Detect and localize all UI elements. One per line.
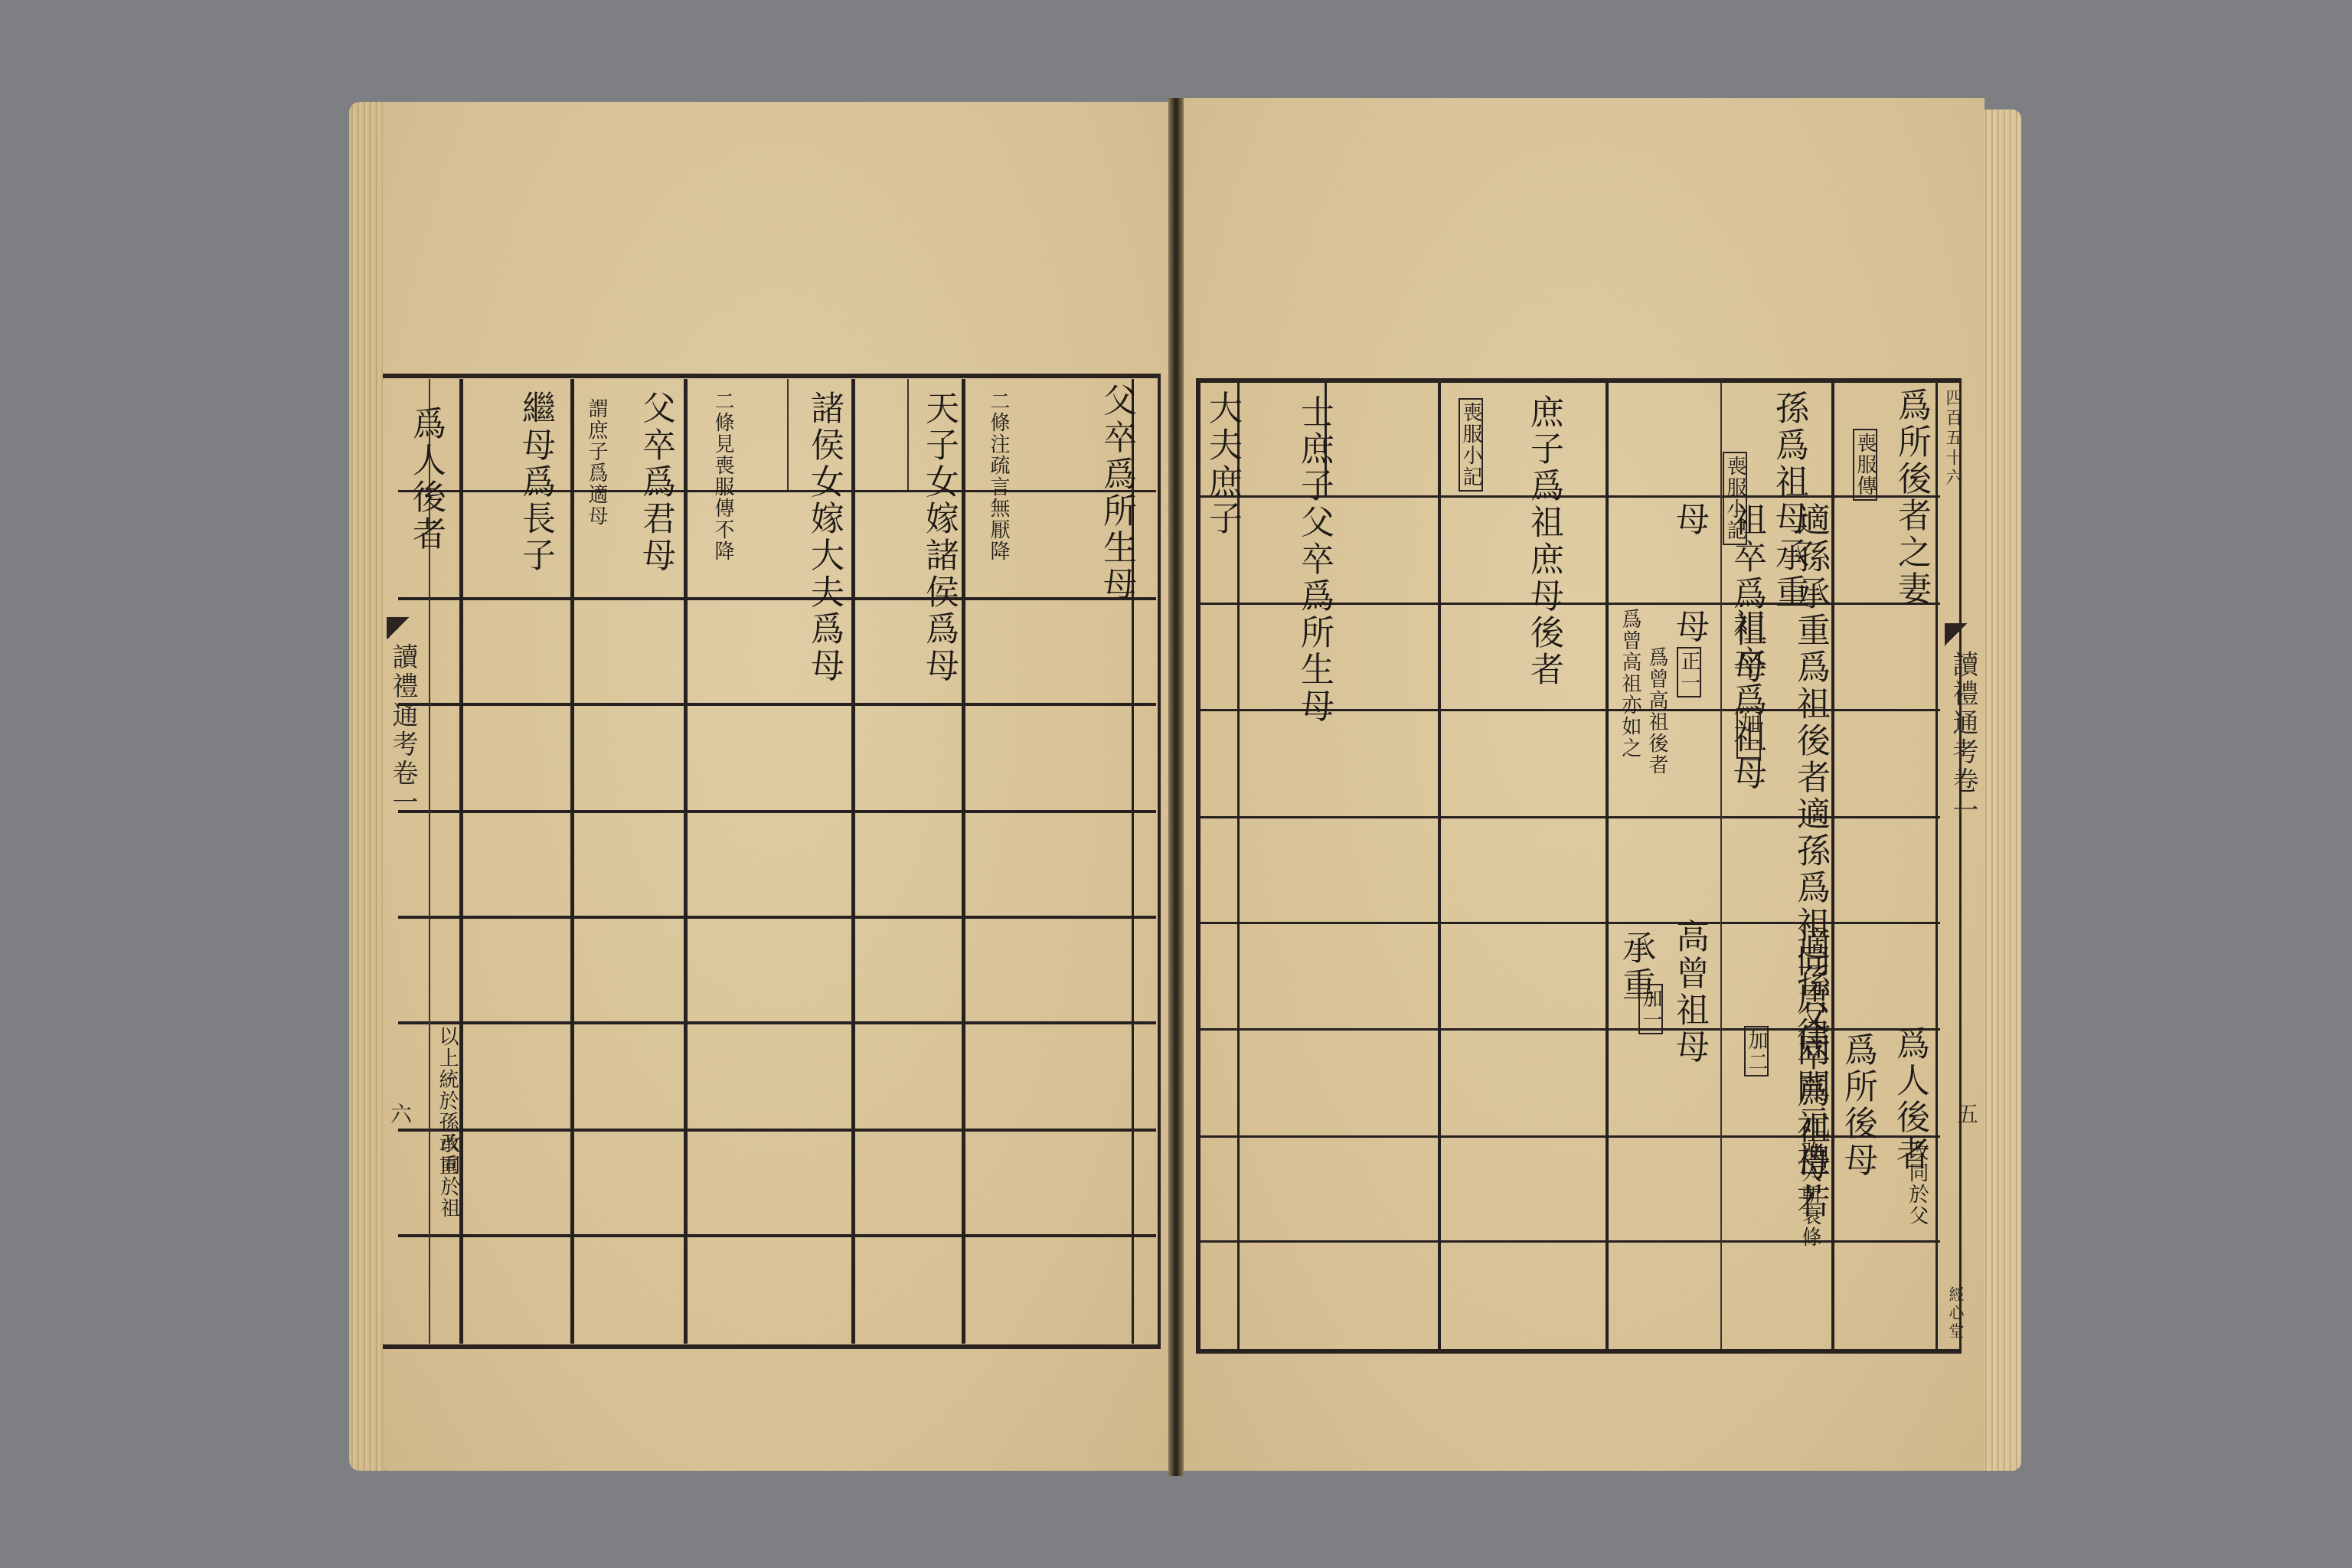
row-divider bbox=[398, 490, 1156, 492]
page-number: 六 bbox=[384, 1102, 415, 1127]
center-column-title: 讀禮通考卷一 bbox=[384, 643, 422, 818]
column-divider bbox=[684, 379, 688, 1344]
column-divider bbox=[1606, 383, 1609, 1349]
row-divider bbox=[398, 597, 1156, 600]
column-divider bbox=[570, 379, 574, 1344]
row-divider bbox=[398, 1021, 1156, 1024]
row-divider bbox=[398, 916, 1156, 919]
fish-tail-mark-icon bbox=[1945, 623, 1968, 646]
row-divider bbox=[1200, 1240, 1940, 1243]
header-cell: 大夫庶子 bbox=[1202, 390, 1242, 537]
header-note: 二條見喪服傳不降 bbox=[712, 390, 733, 562]
annotation: 改同於祖 bbox=[438, 1133, 459, 1219]
publisher-mark: 經心堂 bbox=[1945, 1286, 1967, 1341]
left-table-frame bbox=[383, 374, 1161, 1349]
column-divider-thin bbox=[787, 379, 789, 490]
header-cell: 父卒爲所生母 bbox=[1096, 383, 1136, 603]
row-divider bbox=[398, 703, 1156, 706]
header-note: 二條注疏言無厭降 bbox=[988, 390, 1009, 562]
fish-tail-mark-icon bbox=[387, 617, 410, 640]
header-cell: 天子女嫁諸侯爲母 bbox=[919, 390, 959, 684]
page-number-top: 四百五十六 bbox=[1941, 389, 1965, 488]
center-column-title: 讀禮通考卷一 bbox=[1945, 651, 1982, 825]
cell-text: 母 bbox=[1669, 501, 1709, 538]
header-cell: 爲人後者 bbox=[406, 406, 446, 553]
column-divider bbox=[851, 379, 855, 1344]
badge-principal-one: 正一 bbox=[1677, 647, 1701, 697]
header-note-boxed: 喪服小記 bbox=[1459, 398, 1483, 492]
badge-add-two: 加二 bbox=[1744, 1026, 1769, 1076]
row-divider bbox=[398, 1129, 1156, 1132]
column-divider bbox=[962, 379, 965, 1344]
page-number: 五 bbox=[1951, 1102, 1981, 1127]
cell-note: 改同於父 bbox=[1906, 1141, 1928, 1227]
cell-note: 爲曾高祖亦如之 bbox=[1619, 609, 1641, 759]
header-cell: 父卒爲君母 bbox=[635, 390, 675, 574]
column-divider bbox=[1438, 383, 1441, 1349]
header-cell: 庶子爲祖庶母後者 bbox=[1524, 394, 1563, 688]
column-divider-thin bbox=[907, 379, 909, 490]
header-note-boxed: 喪服傳 bbox=[1853, 429, 1877, 501]
row-divider bbox=[398, 810, 1156, 813]
column-divider bbox=[1831, 383, 1834, 1349]
column-divider-thin bbox=[1720, 383, 1722, 1349]
book-gutter bbox=[1168, 98, 1184, 1476]
page-block-edge-left bbox=[349, 102, 384, 1471]
cell-text: 母 bbox=[1669, 609, 1709, 645]
header-cell: 繼母爲長子 bbox=[515, 390, 555, 574]
header-note: 謂庶子爲適母 bbox=[586, 398, 607, 527]
cell-text: 高曾祖母 bbox=[1669, 919, 1709, 1066]
badge-add-one: 加一 bbox=[1638, 984, 1663, 1034]
badge-add-one: 加一 bbox=[1736, 708, 1761, 759]
page-block-edge-right bbox=[1983, 109, 2021, 1471]
column-divider bbox=[1935, 383, 1938, 1349]
cell-note: 爲曾高祖後者 bbox=[1646, 647, 1668, 776]
header-cell: 諸侯女嫁大夫爲母 bbox=[804, 390, 844, 684]
cell-note: 改入斬衰條 bbox=[1799, 1141, 1821, 1248]
cell-text: 爲所後母 bbox=[1837, 1032, 1877, 1179]
header-cell: 士庶子父卒爲所生母 bbox=[1294, 394, 1334, 725]
row-divider bbox=[398, 1234, 1156, 1237]
header-cell: 爲所後者之妻 bbox=[1891, 387, 1931, 608]
open-book: 父卒爲所生母 二條注疏言無厭降 天子女嫁諸侯爲母 諸侯女嫁大夫爲母 二條見喪服傳… bbox=[0, 0, 2352, 1568]
cell-text: 祖卒爲祖母 bbox=[1726, 609, 1766, 792]
